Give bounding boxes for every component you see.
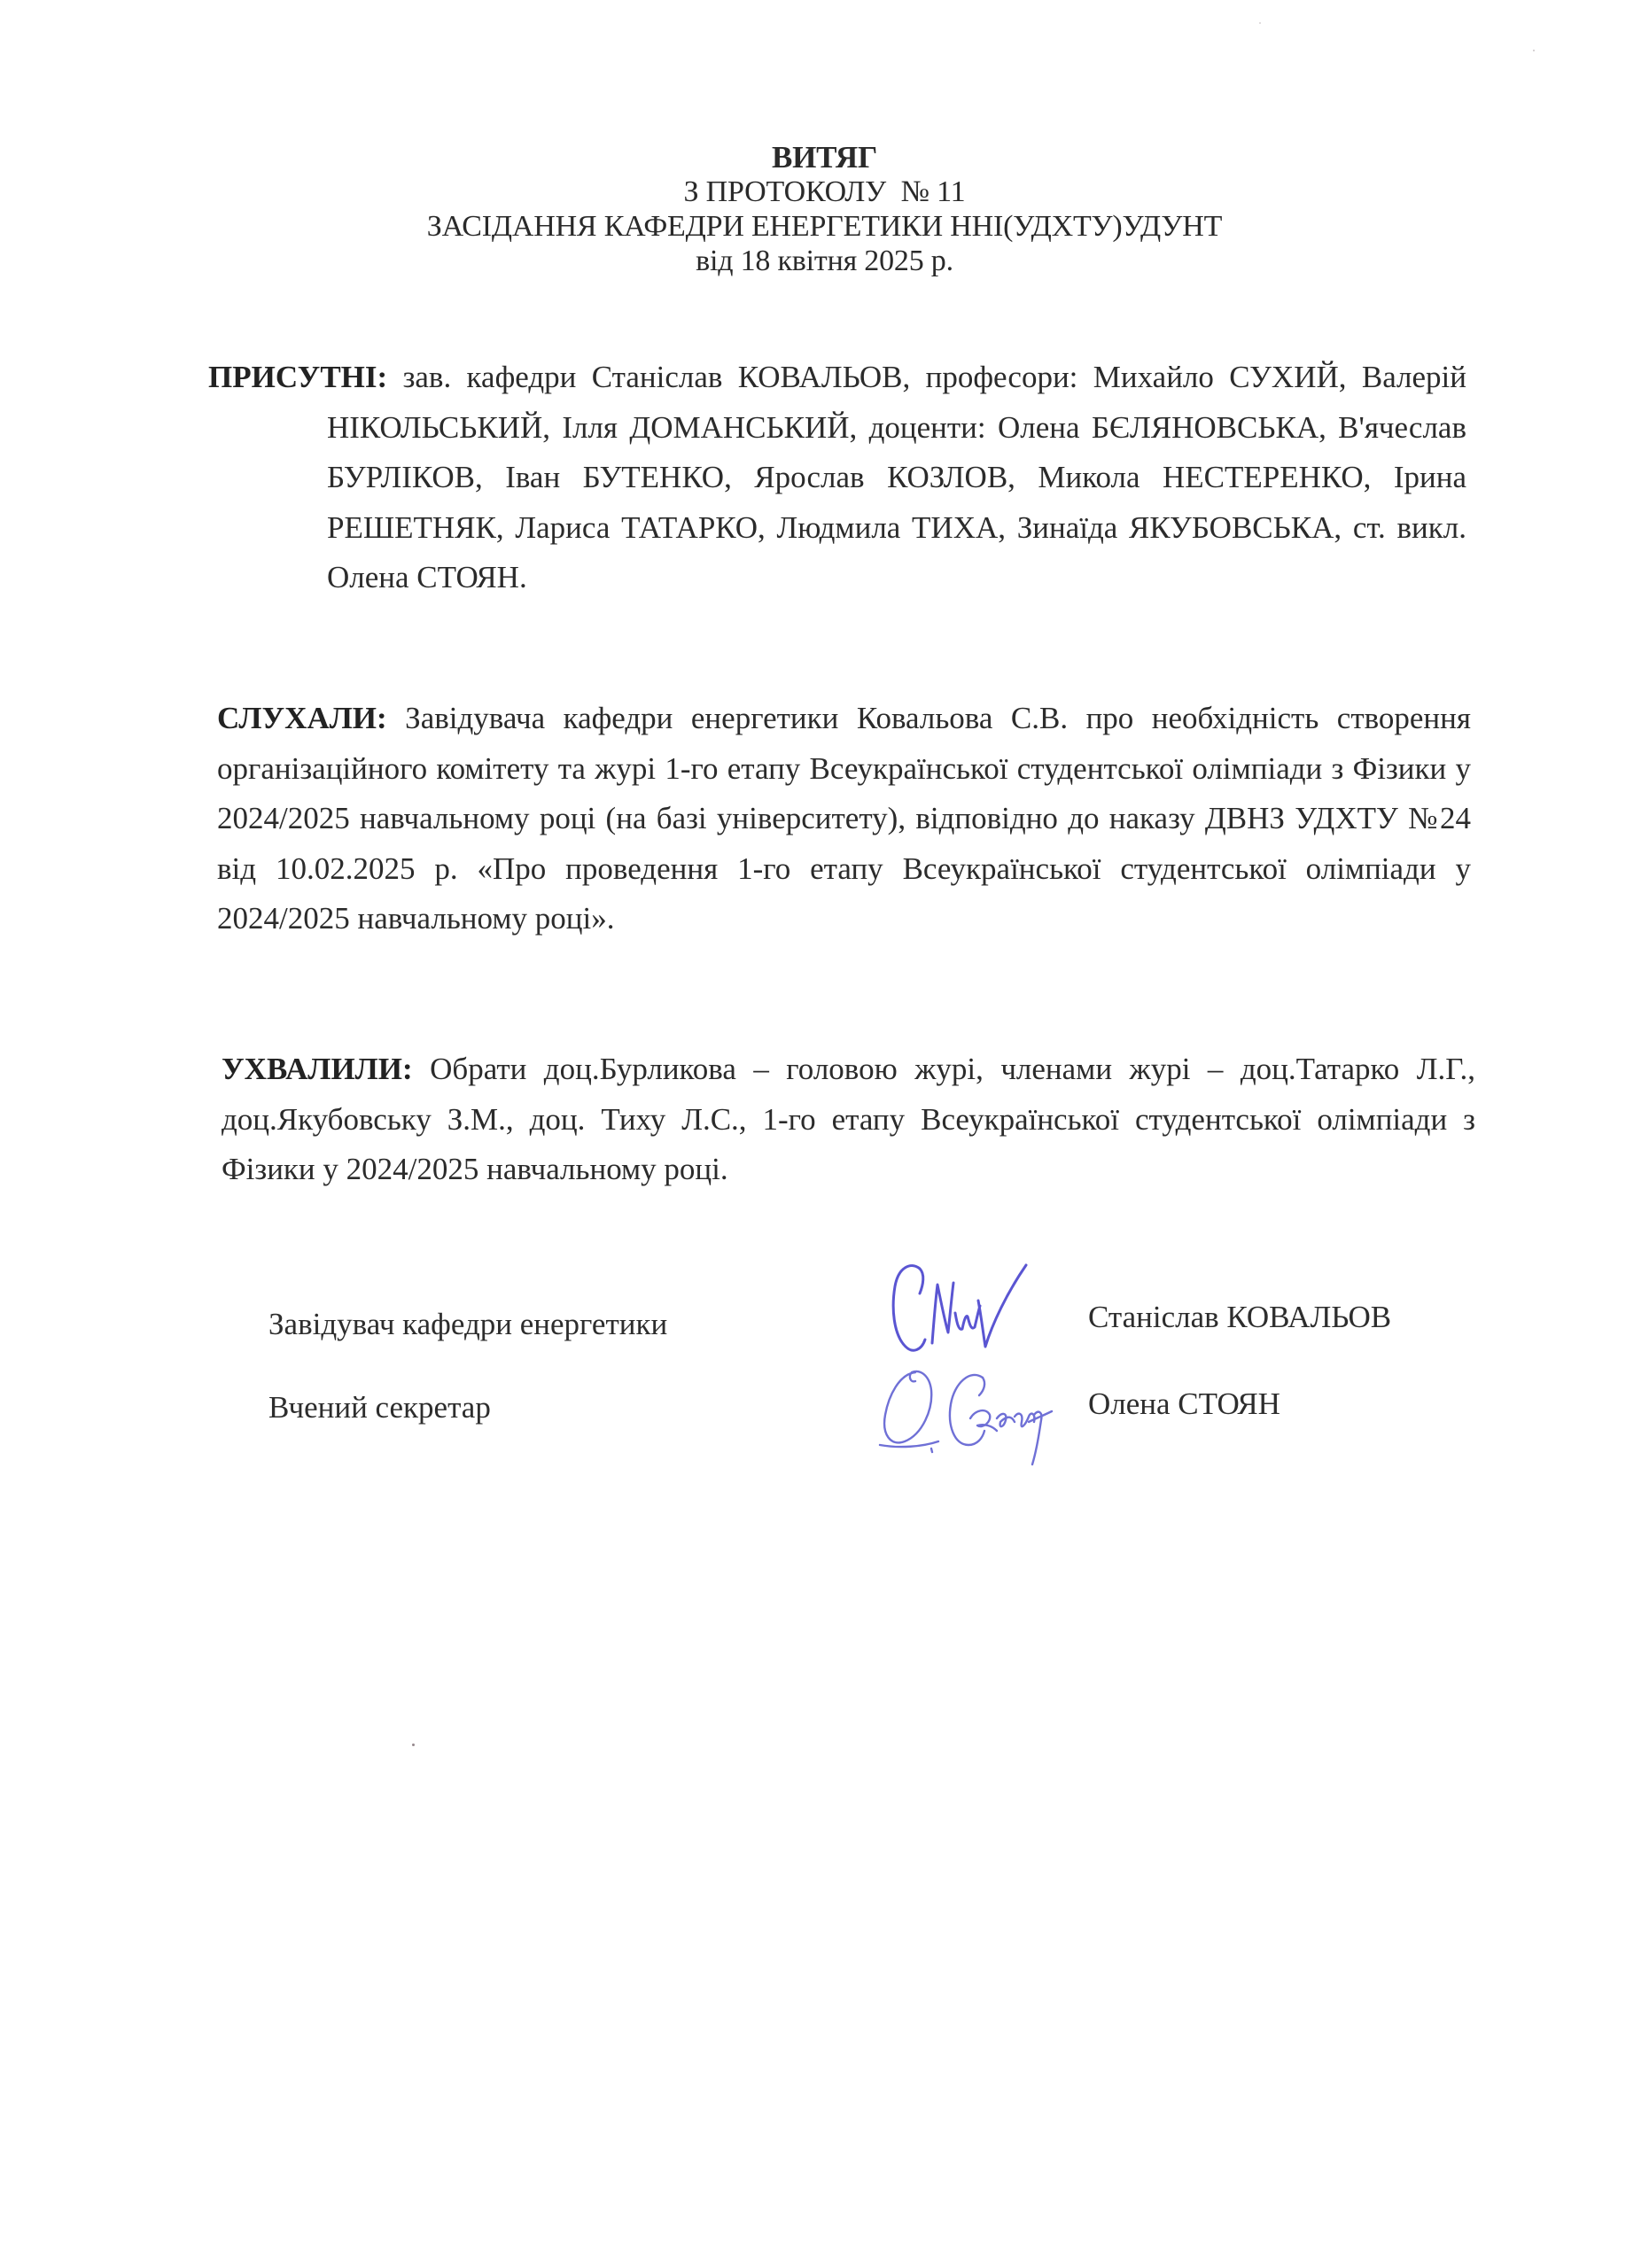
attendees-text: зав. кафедри Станіслав КОВАЛЬОВ, професо… [327, 360, 1466, 594]
document-header: ВИТЯГ З ПРОТОКОЛУ № 11 ЗАСІДАННЯ КАФЕДРИ… [0, 140, 1649, 278]
document-page: ВИТЯГ З ПРОТОКОЛУ № 11 ЗАСІДАННЯ КАФЕДРИ… [0, 0, 1649, 2268]
scan-speck [1259, 22, 1261, 24]
attendees-label: ПРИСУТНІ: [208, 360, 387, 394]
scan-speck [412, 1744, 415, 1746]
handwritten-signature-head [886, 1258, 1032, 1360]
document-type: ВИТЯГ [0, 140, 1649, 175]
signatory-name-secretary: Олена СТОЯН [1088, 1386, 1280, 1422]
resolved-label: УХВАЛИЛИ: [222, 1052, 413, 1086]
signatory-title-head: Завідувач кафедри енергетики [268, 1307, 667, 1342]
resolved-section: УХВАЛИЛИ: Обрати доц.Бурликова – головою… [222, 1045, 1475, 1195]
signatory-name-head: Станіслав КОВАЛЬОВ [1088, 1300, 1391, 1335]
scan-speck [1533, 50, 1535, 51]
meeting-title: ЗАСІДАННЯ КАФЕДРИ ЕНЕРГЕТИКИ ННІ(УДХТУ)У… [0, 209, 1649, 244]
attendees-section: ПРИСУТНІ: зав. кафедри Станіслав КОВАЛЬО… [208, 353, 1466, 603]
signatory-title-secretary: Вчений секретар [268, 1390, 491, 1425]
heard-text: Завідувача кафедри енергетики Ковальова … [217, 701, 1471, 936]
handwritten-signature-secretary [873, 1360, 1063, 1471]
heard-section: СЛУХАЛИ: Завідувача кафедри енергетики К… [217, 694, 1471, 944]
heard-label: СЛУХАЛИ: [217, 701, 387, 735]
meeting-date: від 18 квітня 2025 р. [0, 244, 1649, 278]
protocol-number: З ПРОТОКОЛУ № 11 [0, 175, 1649, 209]
